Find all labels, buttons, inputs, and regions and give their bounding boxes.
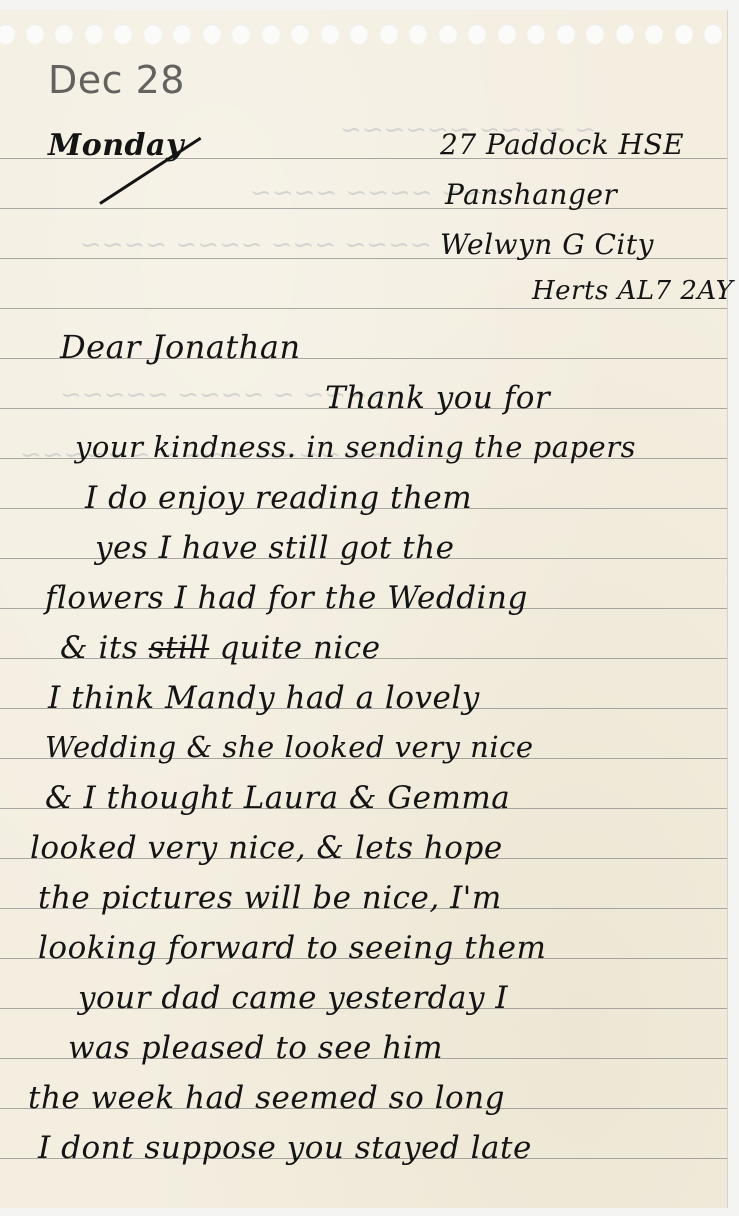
perforation-hole (144, 24, 162, 44)
perforation-hole (55, 24, 73, 44)
perforation-hole (468, 24, 486, 44)
perforation-hole (439, 24, 457, 44)
perforation-row (0, 24, 727, 46)
perforation-hole (26, 24, 44, 44)
perforation-hole (173, 24, 191, 44)
perforation-hole (0, 24, 15, 44)
body-line: looked very nice, & lets hope (30, 830, 503, 866)
perforation-hole (380, 24, 398, 44)
perforation-hole (203, 24, 221, 44)
date-note: Dec 28 (48, 58, 185, 102)
body-line: looking forward to seeing them (38, 930, 546, 966)
body-line-with-strikethrough: & its still quite nice (60, 630, 381, 666)
perforation-hole (350, 24, 368, 44)
salutation: Dear Jonathan (60, 328, 301, 366)
ruled-line (0, 308, 727, 309)
perforation-hole (232, 24, 250, 44)
address-line-4: Herts AL7 2AY (532, 276, 733, 306)
perforation-hole (645, 24, 663, 44)
body-text: & its (60, 630, 149, 666)
body-text: quite nice (209, 630, 380, 666)
perforation-hole (616, 24, 634, 44)
bleed-through-text: ~~~~ ~~~ ~~~~ ~~~~ (80, 230, 432, 260)
body-line: the pictures will be nice, I'm (38, 880, 502, 916)
body-line: & I thought Laura & Gemma (45, 780, 510, 816)
struck-through-word: still (149, 630, 210, 666)
body-line: Thank you for (325, 380, 550, 416)
body-line: Wedding & she looked very nice (45, 730, 534, 764)
perforation-hole (557, 24, 575, 44)
address-line-2: Panshanger (445, 178, 617, 211)
ruled-line (0, 208, 727, 209)
body-line: flowers I had for the Wedding (45, 580, 528, 616)
perforation-hole (675, 24, 693, 44)
perforation-hole (704, 24, 722, 44)
body-line: I dont suppose you stayed late (38, 1130, 532, 1166)
body-line: your dad came yesterday I (78, 980, 508, 1016)
body-line: I do enjoy reading them (85, 480, 472, 516)
perforation-hole (498, 24, 516, 44)
perforation-hole (586, 24, 604, 44)
body-line: I think Mandy had a lovely (48, 680, 480, 716)
perforation-hole (321, 24, 339, 44)
perforation-hole (114, 24, 132, 44)
body-line: your kindness. in sending the papers (75, 430, 636, 464)
perforation-hole (291, 24, 309, 44)
body-line: the week had seemed so long (28, 1080, 505, 1116)
address-line-1: 27 Paddock HSE (440, 128, 684, 161)
perforation-hole (409, 24, 427, 44)
perforation-hole (85, 24, 103, 44)
body-line: was pleased to see him (68, 1030, 443, 1066)
body-line: yes I have still got the (95, 530, 454, 566)
day-heading: Monday (48, 128, 184, 163)
address-line-3: Welwyn G City (440, 228, 654, 261)
notepad-page: ~ ~~~~ ~~~~~~ ~~~ ~~~~ ~~~~ ~~~~ ~~~ ~~~… (0, 10, 727, 1208)
perforation-hole (527, 24, 545, 44)
perforation-hole (262, 24, 280, 44)
